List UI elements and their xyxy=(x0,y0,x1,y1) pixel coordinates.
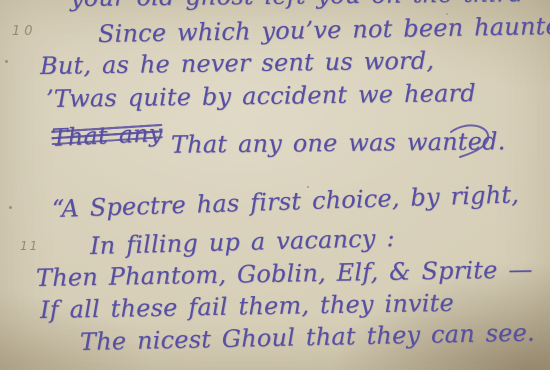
ink-flourish-decoration xyxy=(448,124,498,162)
poem-line: If all these fail them, they invite xyxy=(40,288,454,325)
poem-line: Since which you’ve not been haunted : xyxy=(98,10,550,49)
poem-line: “A Spectre has first choice, by right, xyxy=(52,179,520,224)
poem-line: In filling up a vacancy : xyxy=(90,223,395,261)
poem-line-partial-top: your old ghost left you on the third — xyxy=(70,0,550,13)
poem-line: The nicest Ghoul that they can see. xyxy=(80,317,535,357)
paper-speck xyxy=(9,206,12,209)
stanza-number-11: 11 xyxy=(20,239,39,253)
paper-speck xyxy=(5,60,8,63)
paper-speck xyxy=(307,186,309,188)
stanza-number-10: 10 xyxy=(12,24,37,39)
poem-line-with-correction: That anyThat any one was wanted. xyxy=(52,126,506,161)
manuscript-page: your old ghost left you on the third — 1… xyxy=(0,0,550,370)
paper-speck xyxy=(446,13,448,15)
poem-line: ’Twas quite by accident we heard xyxy=(46,78,476,114)
struck-through-text: That any xyxy=(51,118,163,153)
poem-line: But, as he never sent us word, xyxy=(40,45,435,81)
